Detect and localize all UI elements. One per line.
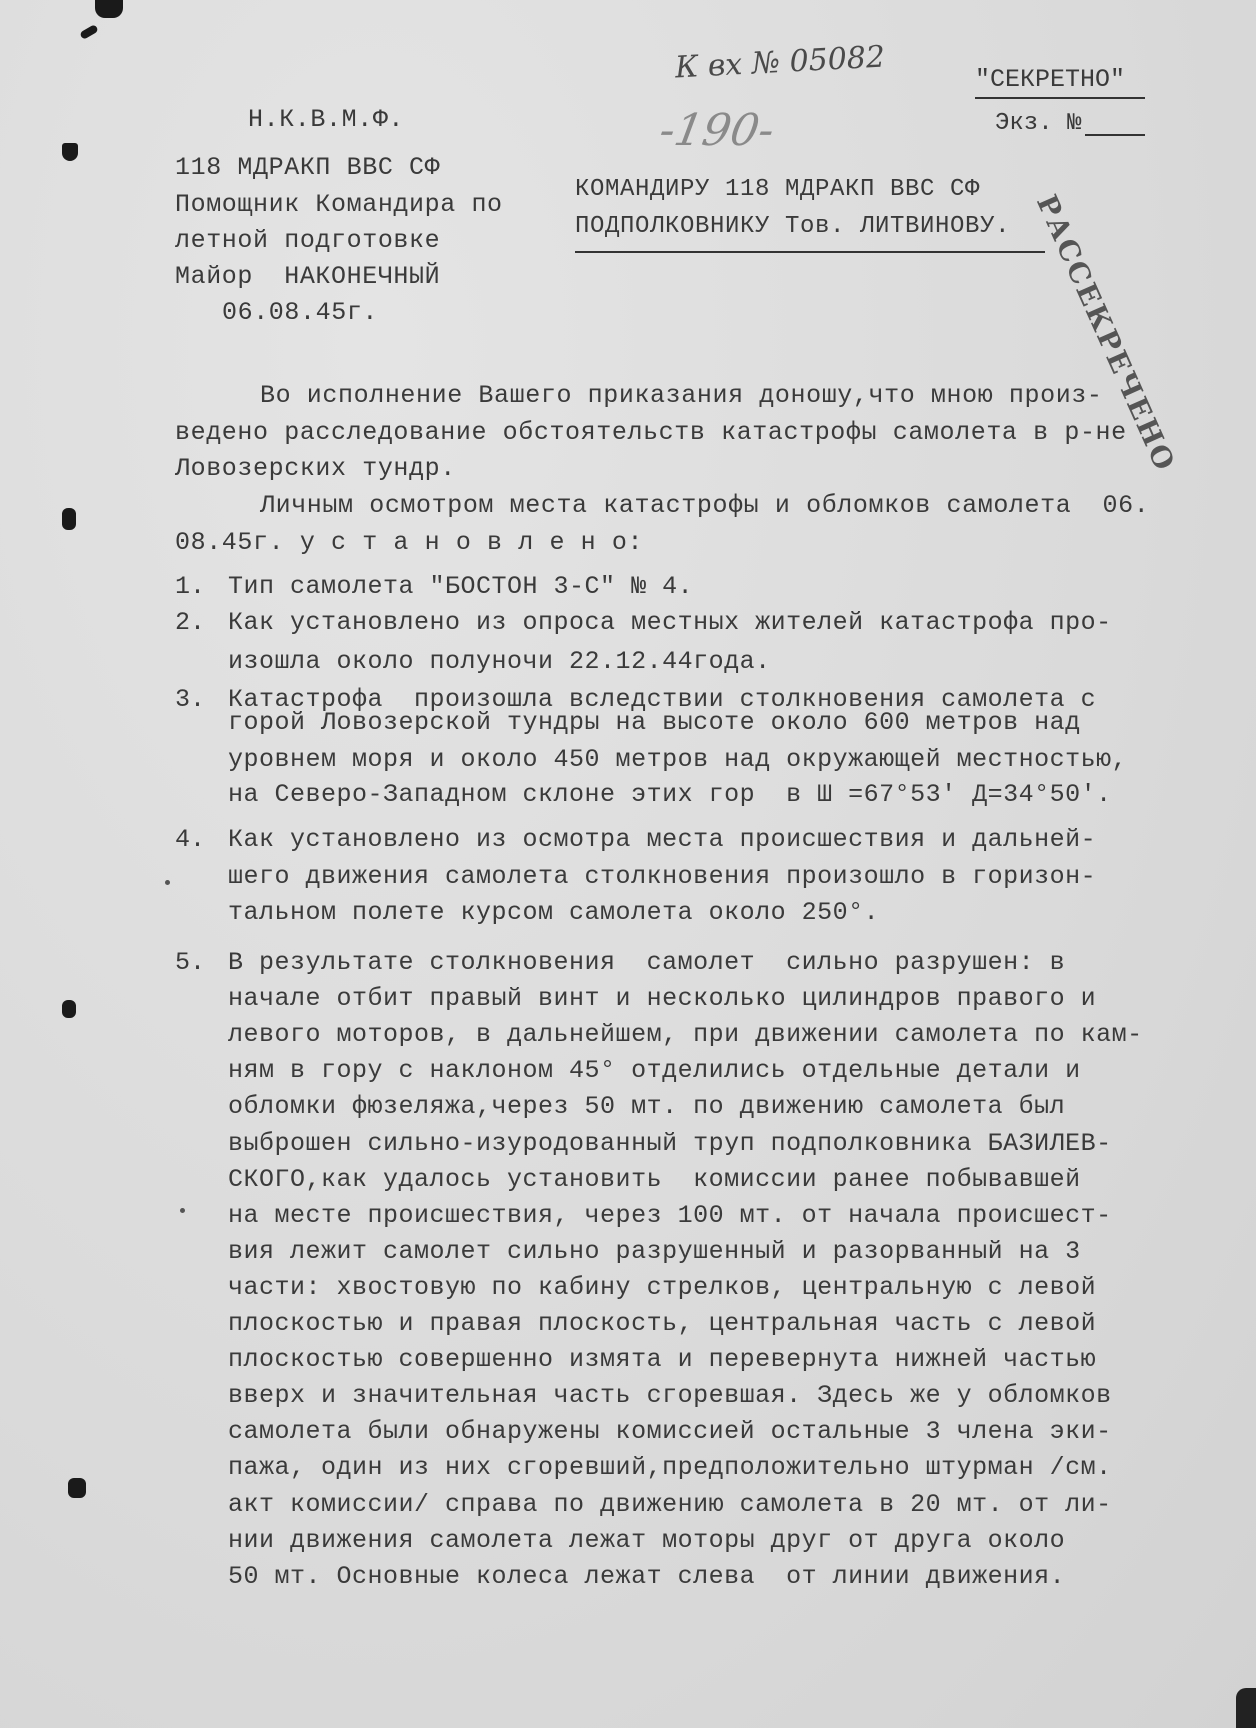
finding-line: ням в гору с наклоном 45° отделились отд… bbox=[228, 1056, 1081, 1085]
finding-line: левого моторов, в дальнейшем, при движен… bbox=[228, 1020, 1143, 1049]
finding-line: начале отбит правый винт и несколько цил… bbox=[228, 984, 1096, 1013]
finding-line: изошла около полуночи 22.12.44года. bbox=[228, 647, 771, 676]
finding-number: 3. bbox=[175, 685, 205, 714]
body-line: Во исполнение Вашего приказания доношу,ч… bbox=[260, 383, 1103, 408]
finding-line: акт комиссии/ справа по движению самолет… bbox=[228, 1490, 1112, 1519]
copy-number-underline bbox=[1085, 134, 1145, 136]
finding-number: 1. bbox=[175, 572, 205, 601]
finding-line: выброшен сильно-изуродованный труп подпо… bbox=[228, 1129, 1112, 1158]
finding-line: части: хвостовую по кабину стрелков, цен… bbox=[228, 1273, 1096, 1302]
punch-hole-mark bbox=[62, 508, 76, 530]
body-line: Личным осмотром места катастрофы и облом… bbox=[260, 493, 1149, 518]
finding-line: пажа, один из них сгоревший,предположите… bbox=[228, 1453, 1112, 1482]
finding-line: нии движения самолета лежат моторы друг … bbox=[228, 1526, 1065, 1555]
page-number-handwritten: -190- bbox=[656, 105, 779, 156]
stray-mark bbox=[180, 1208, 185, 1213]
finding-line: шего движения самолета столкновения прои… bbox=[228, 862, 1096, 891]
punch-hole-mark bbox=[62, 143, 78, 161]
finding-line: горой Ловозерской тундры на высоте около… bbox=[228, 708, 1081, 737]
finding-line: Как установлено из опроса местных жителе… bbox=[228, 608, 1112, 637]
finding-line: Как установлено из осмотра места происше… bbox=[228, 825, 1096, 854]
finding-line: вверх и значительная часть сгоревшая. Зд… bbox=[228, 1381, 1112, 1410]
finding-line: на месте происшествия, через 100 мт. от … bbox=[228, 1201, 1112, 1230]
punch-hole-mark bbox=[62, 1000, 76, 1018]
stray-mark bbox=[165, 880, 170, 885]
sender-position: Помощник Командира по bbox=[175, 192, 503, 217]
finding-number: 5. bbox=[175, 948, 205, 977]
finding-line: вия лежит самолет сильно разрушенный и р… bbox=[228, 1237, 1081, 1266]
finding-line: уровнем моря и около 450 метров над окру… bbox=[228, 745, 1127, 774]
finding-number: 4. bbox=[175, 825, 205, 854]
finding-line: плоскостью совершенно измята и переверну… bbox=[228, 1345, 1096, 1374]
page-edge-shadow bbox=[1236, 1688, 1256, 1728]
finding-line: обломки фюзеляжа,через 50 мт. по движени… bbox=[228, 1092, 1065, 1121]
sender-unit: 118 МДРАКП ВВС СФ bbox=[175, 155, 440, 180]
body-line: ведено расследование обстоятельств катас… bbox=[175, 420, 1127, 445]
addressee-underline bbox=[575, 251, 1045, 253]
classification-label: "СЕКРЕТНО" bbox=[975, 65, 1125, 94]
finding-line: Тип самолета "БОСТОН 3-С" № 4. bbox=[228, 572, 693, 601]
punch-hole-mark bbox=[95, 0, 123, 18]
finding-line: плоскостью и правая плоскость, центральн… bbox=[228, 1309, 1096, 1338]
finding-line: на Северо-Западном склоне этих гор в Ш =… bbox=[228, 780, 1112, 809]
finding-line: В результате столкновения самолет сильно… bbox=[228, 948, 1065, 977]
sender-name: Майор НАКОНЕЧНЫЙ bbox=[175, 264, 440, 289]
organization: Н.К.В.М.Ф. bbox=[248, 107, 404, 132]
addressee-line: ПОДПОЛКОВНИКУ Тов. ЛИТВИНОВУ. bbox=[575, 215, 1010, 239]
finding-line: самолета были обнаружены комиссией остал… bbox=[228, 1417, 1112, 1446]
finding-line: 50 мт. Основные колеса лежат слева от ли… bbox=[228, 1562, 1065, 1591]
body-line: Ловозерских тундр. bbox=[175, 456, 456, 481]
finding-line: СКОГО,как удалось установить комиссии ра… bbox=[228, 1165, 1081, 1194]
punch-hole-mark bbox=[68, 1478, 86, 1498]
sender-date: 06.08.45г. bbox=[222, 300, 378, 325]
body-line: 08.45г. у с т а н о в л е н о: bbox=[175, 530, 643, 555]
copy-number-label: Экз. № bbox=[995, 110, 1081, 137]
sender-position-2: летной подготовке bbox=[175, 228, 440, 253]
finding-number: 2. bbox=[175, 608, 205, 637]
finding-line: тальном полете курсом самолета около 250… bbox=[228, 898, 879, 927]
classification-underline bbox=[975, 97, 1145, 99]
addressee-line: КОМАНДИРУ 118 МДРАКП ВВС СФ bbox=[575, 178, 980, 202]
